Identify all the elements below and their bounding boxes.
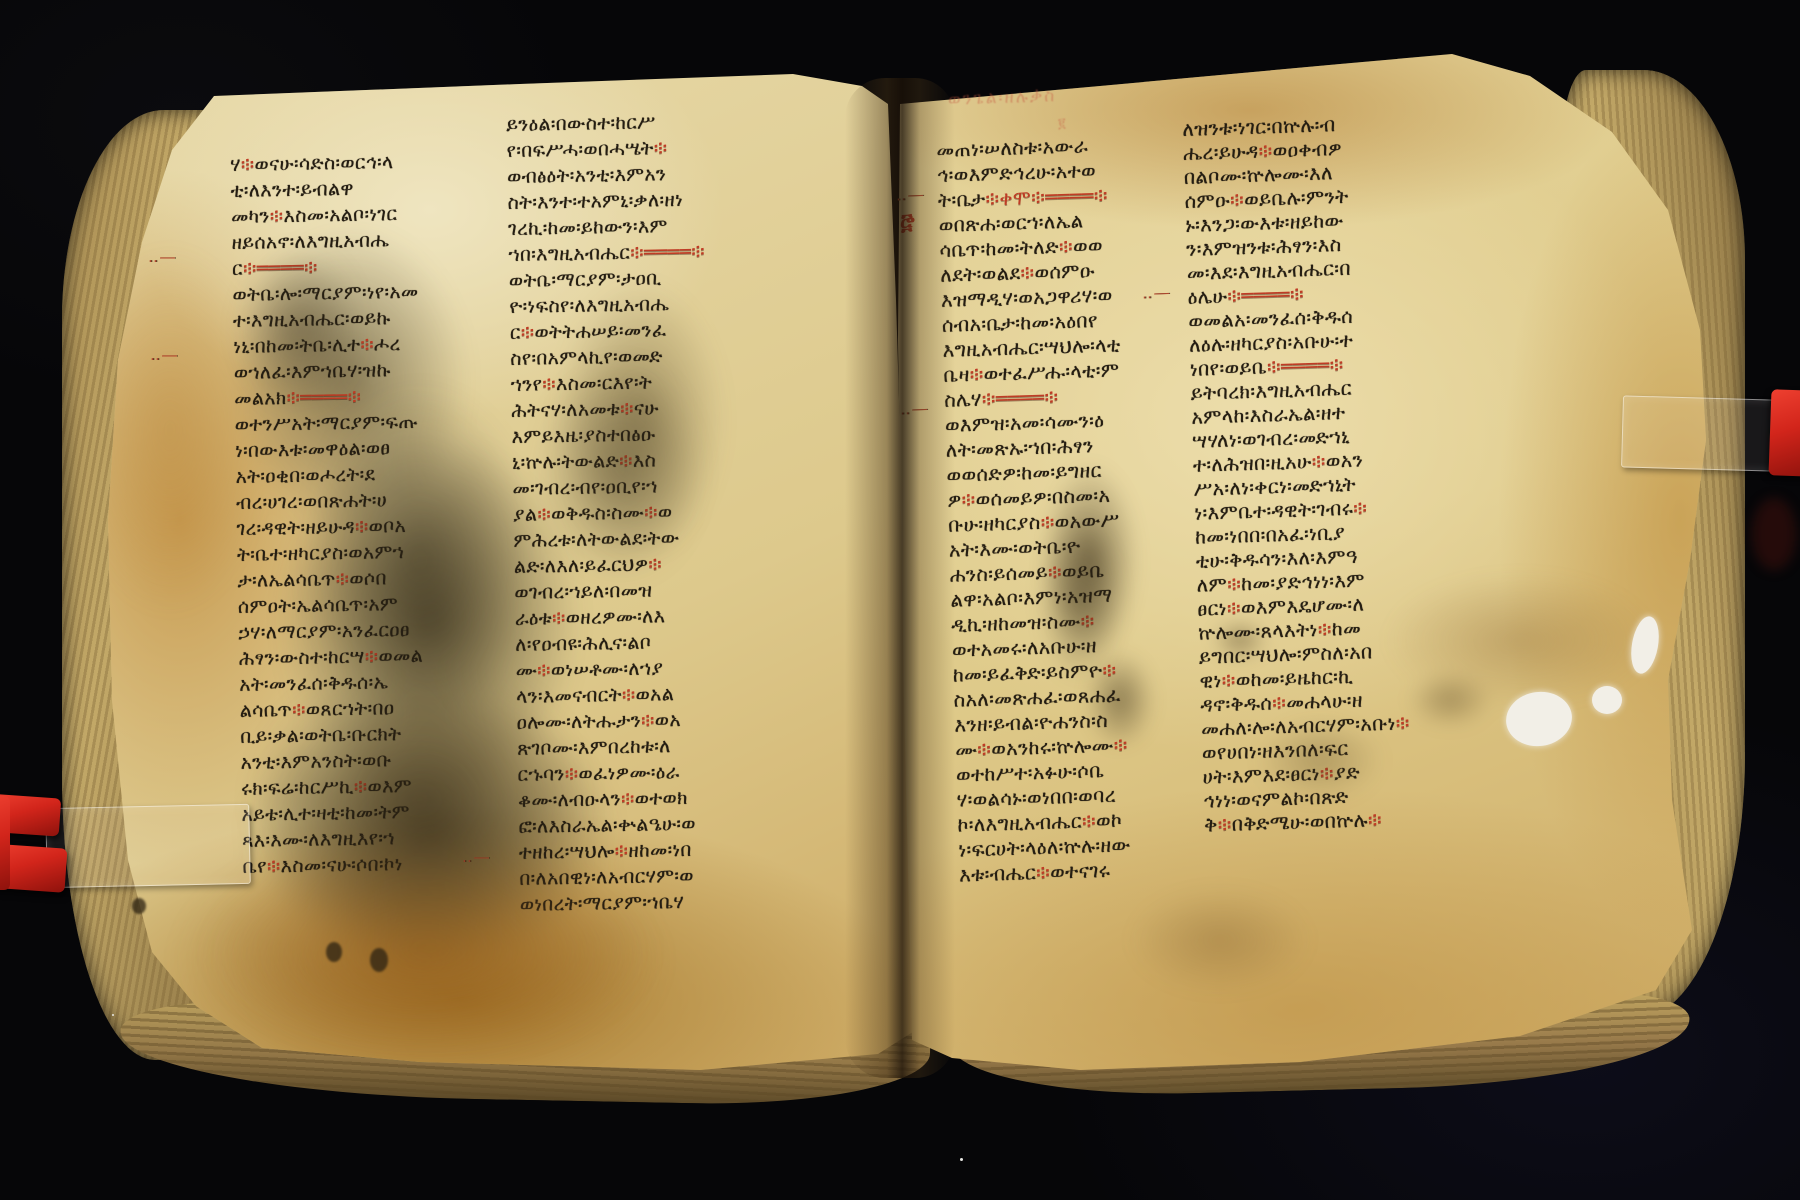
- text-line: ኒ፡ኵሉ፡ትውልድ፨እስ: [512, 447, 709, 476]
- text-line: ወኀለፈ፡እምኀቤሃ፡ዝኩ: [234, 357, 420, 386]
- parchment-white-damage: [1592, 686, 1622, 714]
- text-line: ተ፡እግዚአብሔር፡ወይኩ: [233, 305, 419, 334]
- margin-caret-mark: ‥―: [896, 185, 926, 204]
- left-page-column-a: ሃ፨ወናሁ፡ሳድስ፡ወርኅ፡ላቲ፡ለእንተ፡ይብልዋመካን፨እስመ፡አልቦ፡ነገ…: [230, 149, 429, 880]
- text-line: እምይእዜ፡ያስተበፅዑ: [511, 421, 708, 450]
- text-line: ኀበ፡እግዚአብሔር፨════፨: [508, 239, 705, 268]
- text-line: ስየ፡በአምላኪየ፡ወመድ: [510, 343, 707, 372]
- text-line: ሰምዐት፡ኤልሳቤጥ፡አም: [238, 591, 424, 620]
- text-line: ለ፡የዐብዩ፡ሕሊና፡ልቦ: [515, 628, 712, 657]
- text-line: ነ፡በውእቱ፡መዋዕል፡ወፀ: [235, 435, 421, 464]
- dust-speck: [112, 1014, 114, 1016]
- text-line: መካን፨እስመ፡አልቦ፡ነገር: [231, 201, 417, 230]
- text-line: መ፡ገብረ፡ብየ፡ዐቢየ፡ኀ: [512, 473, 709, 502]
- right-red-clip: [1769, 389, 1800, 477]
- text-line: ት፡ቤተ፡ዘካርያስ፡ወአምኀ: [237, 539, 423, 568]
- manuscript-photo: ወንጌል፡ዘሉቃስ ፪ ፸ ሃ፨ወናሁ፡ሳድስ፡ወርኅ፡ላቲ፡ለእንተ፡ይብልዋ…: [0, 0, 1800, 1200]
- parchment-hole: [370, 948, 388, 972]
- text-line: ራዕቱ፨ወዘረዎሙ፡ለእ: [515, 602, 712, 631]
- text-line: ሕትናሃ፡ለአመቱ፨ናሁ: [511, 395, 708, 424]
- text-line: ቢይ፡ቃል፡ወትቤ፡ቡርክት: [240, 721, 426, 750]
- text-line: ወብፅዕት፡አንቲ፡እምአን: [507, 161, 704, 190]
- text-line: በ፡ለአበዊነ፡ለአብርሃም፡ወ: [519, 862, 716, 891]
- text-line: ሃ፨ወናሁ፡ሳድስ፡ወርኅ፡ላ: [230, 149, 416, 178]
- dust-speck: [960, 1158, 963, 1161]
- text-line: ታ፡ለኤልሳቤጥ፨ወሶበ: [237, 565, 423, 594]
- text-line: አንቲ፡እምአንስት፡ወቡ: [240, 747, 426, 776]
- text-line: ቲ፡ለእንተ፡ይብልዋ: [230, 175, 416, 204]
- text-line: ወትቤ፡ሎ፡ማርያም፡ነየ፡አመ: [232, 279, 418, 308]
- text-line: መልአክ፨════፨: [234, 383, 420, 412]
- text-line: ተዘከረ፡ሣህሎ፨ዘከመ፡ነበ: [519, 836, 716, 865]
- text-line: ብረ፡ሀገረ፡ወበጽሐት፡ሀ: [236, 487, 422, 516]
- text-line: ይንዕል፡በውስተ፡ከርሥ: [506, 109, 703, 138]
- left-page-column-b: ይንዕል፡በውስተ፡ከርሥየ፡በፍሥሓ፡ወበሓሤት፨ወብፅዕት፡አንቲ፡እምአን…: [506, 109, 717, 918]
- left-red-clip: [0, 796, 10, 890]
- text-line: ሕፃን፡ውስተ፡ከርሣ፨ወመል: [239, 643, 425, 672]
- text-line: ወተንሥአት፡ማርያም፡ፍጡ: [235, 409, 421, 438]
- text-line: ልድ፡ለእለ፡ይፈርህዎ፨: [514, 551, 711, 580]
- text-line: ወነበረት፡ማርያም፡ኀቤሃ: [520, 888, 717, 917]
- text-line: ዐሎሙ፡ለትሑታን፨ወአ: [516, 706, 713, 735]
- text-line: ሙ፨ወነሠቶሙ፡ለኀያ: [516, 654, 713, 683]
- right-page-column-a: መጠነ፡ሠለስቱ፡አውራኅ፡ወእምድኅረሁ፡አተወት፡ቤታ፨ቀሞ፨════፨ወበ…: [936, 132, 1137, 887]
- left-red-clip: [0, 843, 67, 892]
- text-line: አት፡መንፈሰ፡ቅዱሰ፡ኤ: [239, 669, 425, 698]
- text-line: ስት፡እንተ፡ተአምኒ፡ቃለ፡ዘነ: [507, 187, 704, 216]
- text-line: ፎ፡ለእስራኤል፡ቍልዔሁ፡ወ: [518, 810, 715, 839]
- text-line: ያል፨ወቅዱስ፡ስሙ፨ወ: [513, 499, 710, 528]
- text-line: ጻእ፡እሙ፡ለእግዚእየ፡ኀ: [242, 825, 428, 854]
- text-line: ወገብረ፡ኀይለ፡በመዝ: [514, 576, 711, 605]
- text-line: ምሕረቱ፡ለትውልደ፡ትው: [513, 525, 710, 554]
- parchment-hole: [132, 898, 146, 914]
- text-line: ገረኪ፡ከመ፡ይከውን፡እም: [508, 213, 705, 242]
- text-line: ዮ፡ነፍስየ፡ለእግዚአብሔ: [509, 291, 706, 320]
- text-line: ቤየ፨እስመ፡ናሁ፡ሶበ፡ኮነ: [242, 851, 428, 880]
- text-line: ሩክ፡ፍሬ፡ከርሥኪ፨ወእም: [241, 773, 427, 802]
- margin-caret-mark: ‥―: [462, 848, 491, 866]
- margin-caret-mark: ‥―: [150, 346, 179, 364]
- text-line: ዘይሰአኖ፡ለእግዚአብሔ: [231, 227, 417, 256]
- running-title: ወንጌል፡ዘሉቃስ: [948, 86, 1057, 110]
- text-line: የ፡በፍሥሓ፡ወበሓሤት፨: [506, 135, 703, 164]
- text-line: ቆሙ፡ለብዑላን፨ወተወክ: [518, 784, 715, 813]
- text-line: ላን፡እመናብርት፨ወአል: [516, 680, 713, 709]
- text-line: ርኁባን፨ወፈነዎሙ፡ዕራ: [517, 758, 714, 787]
- margin-caret-mark: ‥―: [1142, 283, 1172, 302]
- left-acrylic-page-strip: [45, 804, 251, 888]
- text-line: አይቴ፡ሊተ፡ዛቲ፡ከመ፡ትም: [241, 799, 427, 828]
- text-line: ልሳቤጥ፨ወጸርኀት፡በዐ: [240, 695, 426, 724]
- text-line: ጽገቦሙ፡እምበረከቱ፡ለ: [517, 732, 714, 761]
- margin-caret-mark: ‥―: [148, 248, 177, 266]
- clip-reflection: [1752, 498, 1796, 570]
- margin-caret-mark: ‥―: [900, 399, 930, 418]
- text-line: ኃሃ፡ለማርያም፡አንፈርዐፀ: [238, 617, 424, 646]
- text-line: አት፡ዐቂበ፡ወሖረት፡ደ: [235, 461, 421, 490]
- running-title-numeral: ፪: [1058, 116, 1066, 132]
- parchment-hole: [326, 942, 342, 962]
- right-page-column-b: ለዝንቱ፡ነገር፡በኵሉ፡ብሔረ፡ይሁዳ፨ወዐቀብዎበልቦሙ፡ኵሎሙ፡እለሰምዑ…: [1182, 111, 1413, 837]
- margin-section-numeral: ፸: [900, 210, 916, 235]
- text-line: ኀንየ፨እስመ፡ርእየ፡ት: [511, 369, 708, 398]
- text-line: ገረ፡ዳዊት፡ዘይሁዳ፨ወቦአ: [236, 513, 422, 542]
- text-line: ር፨════፨: [232, 253, 418, 282]
- text-line: ር፨ወትትሐሠይ፡መንፈ: [510, 317, 707, 346]
- text-line: ነኒ፡በከመ፡ትቤ፡ሊተ፨ሖረ: [233, 331, 419, 360]
- text-line: ወትቤ፡ማርያም፡ታዐቢ: [509, 265, 706, 294]
